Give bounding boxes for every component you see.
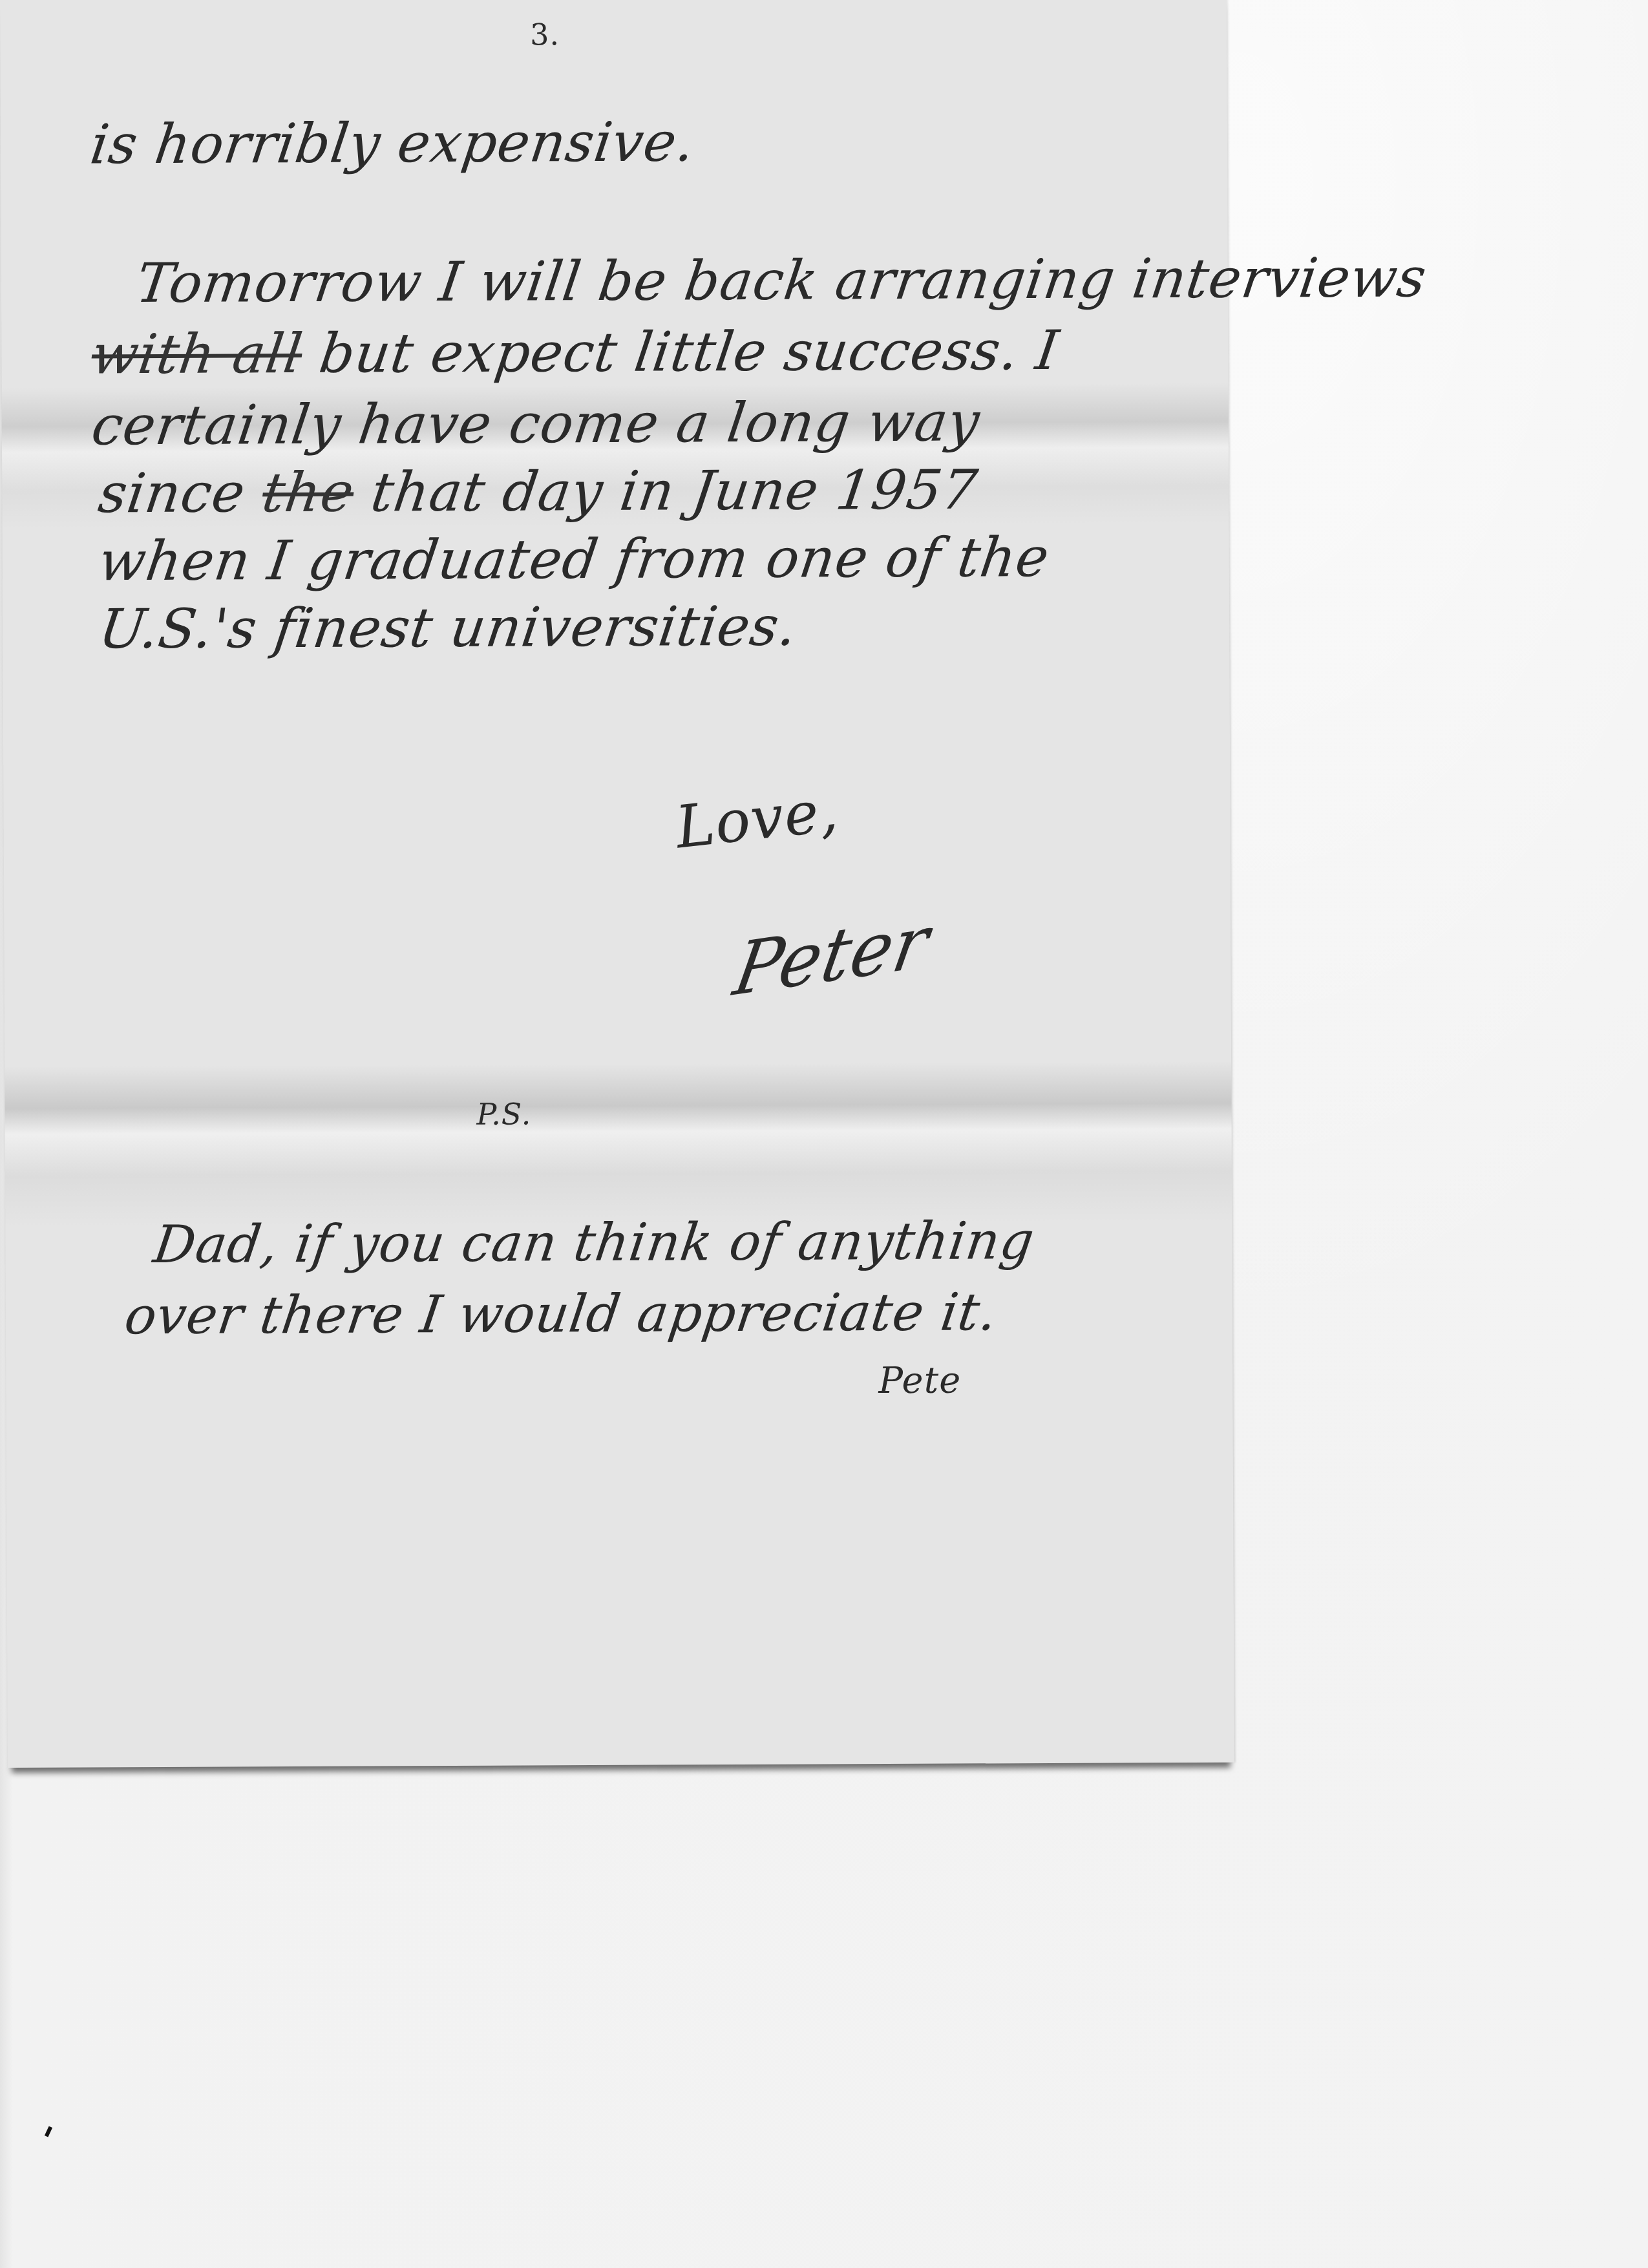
struck-out-words: with all <box>88 322 306 386</box>
page-number: 3. <box>530 17 560 52</box>
body-line-2: Tomorrow I will be back arranging interv… <box>132 246 1430 315</box>
body-line-3: with all but expect little success. I <box>88 319 1063 387</box>
body-line-5-text: that day in June 1957 <box>350 458 982 524</box>
body-line-6: when I graduated from one of the <box>95 525 1053 593</box>
body-line-1: is horribly expensive. <box>87 110 699 176</box>
closing: Love, <box>673 777 842 862</box>
body-line-3-text: but expect little success. I <box>298 319 1063 385</box>
postscript-signoff: Pete <box>878 1360 961 1403</box>
postscript-line-1: Dad, if you can think of anything <box>150 1211 1038 1275</box>
signature: Peter <box>728 898 936 1012</box>
body-line-7: U.S.'s finest universities. <box>96 595 801 661</box>
struck-out-word: the <box>259 461 358 525</box>
body-line-5: since the that day in June 1957 <box>95 458 982 525</box>
letter-page: 3. is horribly expensive. Tomorrow I wil… <box>0 0 1234 1768</box>
postscript-line-2: over there I would appreciate it. <box>121 1282 1001 1346</box>
body-line-5-prefix: since <box>95 461 268 525</box>
body-line-4: certainly have come a long way <box>88 390 984 457</box>
postscript-label: P.S. <box>476 1096 531 1131</box>
